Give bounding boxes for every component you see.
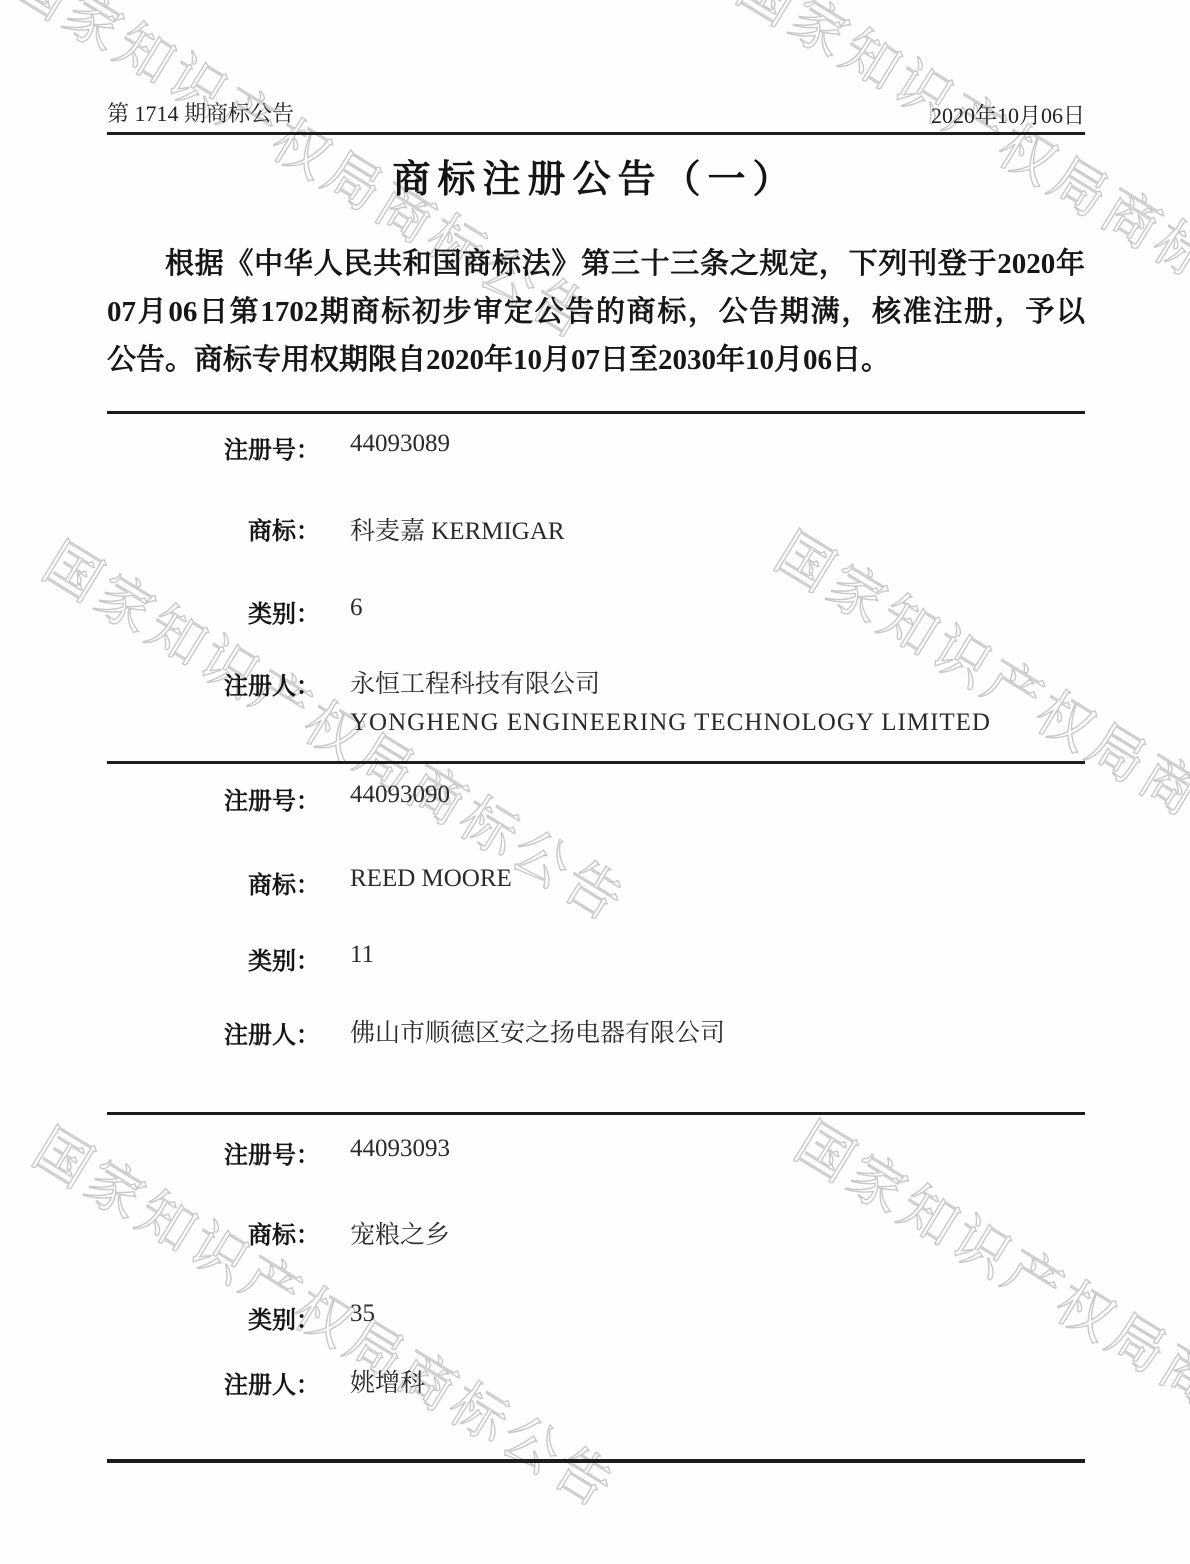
section-divider — [107, 411, 1085, 414]
page-bottom-rule — [107, 1459, 1085, 1463]
registrant-en-value: YONGHENG ENGINEERING TECHNOLOGY LIMITED — [350, 704, 991, 742]
reg-no-value: 44093093 — [350, 1135, 450, 1163]
trademark-row: 商标： 宠粮之乡 — [0, 1215, 1190, 1249]
registrant-label: 注册人： — [107, 666, 320, 701]
trademark-value: REED MOORE — [350, 865, 512, 893]
trademark-label: 商标： — [107, 511, 320, 546]
registrant-row: 注册人： 永恒工程科技有限公司 YONGHENG ENGINEERING TEC… — [0, 666, 1190, 746]
category-label: 类别： — [107, 941, 320, 976]
registrant-cn-value: 永恒工程科技有限公司 — [350, 666, 991, 704]
section-divider — [107, 1112, 1085, 1115]
category-label: 类别： — [107, 594, 320, 629]
trademark-row: 商标： REED MOORE — [0, 865, 1190, 899]
trademark-value: 宠粮之乡 — [350, 1215, 450, 1251]
gazette-page: 国家知识产权局商标公告 国家知识产权局商标公告 国家知识产权局商标公告 国家知识… — [0, 0, 1190, 1564]
preamble-line: 公告。商标专用权期限自2020年10月07日至2030年10月06日。 — [107, 336, 1085, 384]
category-row: 类别： 35 — [0, 1300, 1190, 1334]
gazette-issue-label: 第 1714 期商标公告 — [107, 97, 294, 128]
reg-no-value: 44093090 — [350, 781, 450, 809]
preamble-line: 07月06日第1702期商标初步审定公告的商标，公告期满，核准注册，予以 — [107, 288, 1085, 336]
reg-no-label: 注册号： — [107, 1135, 320, 1170]
page-title: 商标注册公告（一） — [0, 148, 1190, 203]
preamble-line: 根据《中华人民共和国商标法》第三十三条之规定，下列刊登于2020年 — [107, 240, 1085, 288]
reg-no-row: 注册号： 44093089 — [0, 430, 1190, 464]
trademark-row: 商标： 科麦嘉 KERMIGAR — [0, 511, 1190, 545]
preamble-paragraph: 根据《中华人民共和国商标法》第三十三条之规定，下列刊登于2020年 07月06日… — [107, 240, 1085, 384]
section-divider — [107, 761, 1085, 764]
registrant-row: 注册人： 姚增科 — [0, 1365, 1190, 1399]
category-value: 11 — [350, 941, 374, 969]
trademark-value: 科麦嘉 KERMIGAR — [350, 511, 565, 547]
category-row: 类别： 11 — [0, 941, 1190, 975]
reg-no-value: 44093089 — [350, 430, 450, 458]
reg-no-row: 注册号： 44093090 — [0, 781, 1190, 815]
reg-no-label: 注册号： — [107, 781, 320, 816]
category-value: 6 — [350, 594, 363, 622]
gazette-date: 2020年10月06日 — [931, 99, 1085, 130]
category-value: 35 — [350, 1300, 375, 1328]
registrant-cn-value: 姚增科 — [350, 1365, 425, 1403]
registrant-label: 注册人： — [107, 1015, 320, 1050]
reg-no-label: 注册号： — [107, 430, 320, 465]
trademark-label: 商标： — [107, 1215, 320, 1250]
registrant-row: 注册人： 佛山市顺德区安之扬电器有限公司 — [0, 1015, 1190, 1049]
trademark-label: 商标： — [107, 865, 320, 900]
reg-no-row: 注册号： 44093093 — [0, 1135, 1190, 1169]
category-row: 类别： 6 — [0, 594, 1190, 628]
registrant-cn-value: 佛山市顺德区安之扬电器有限公司 — [350, 1015, 725, 1053]
page-content: 第 1714 期商标公告 2020年10月06日 商标注册公告（一） 根据《中华… — [0, 0, 1190, 1564]
category-label: 类别： — [107, 1300, 320, 1335]
registrant-label: 注册人： — [107, 1365, 320, 1400]
header-rule — [107, 132, 1085, 135]
